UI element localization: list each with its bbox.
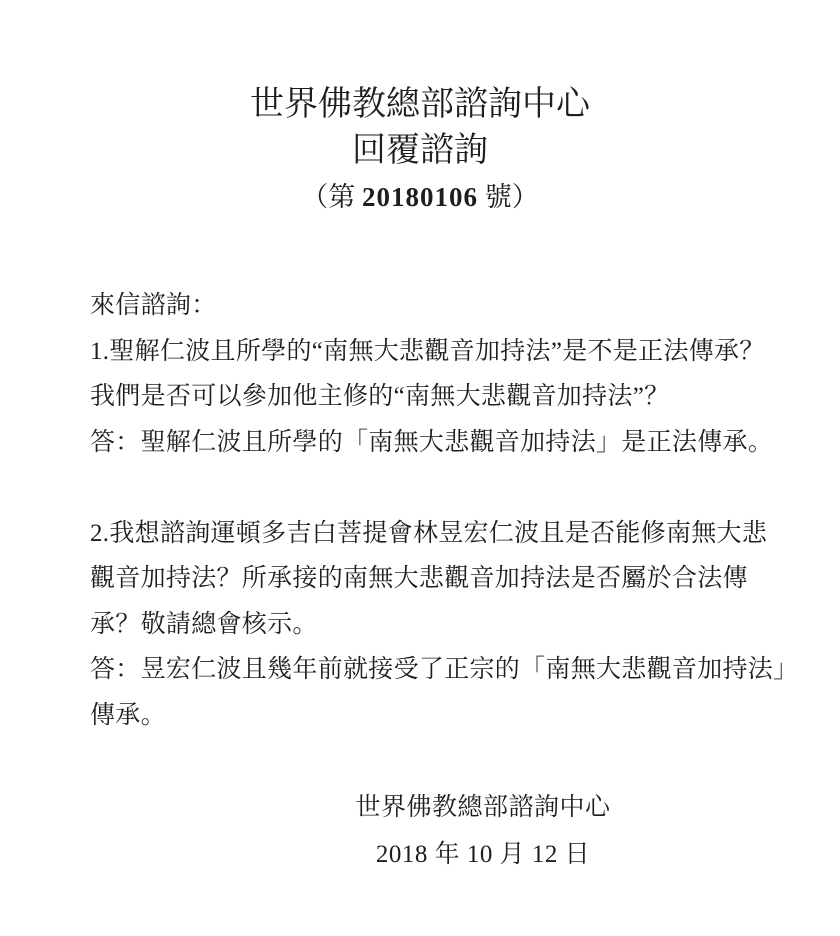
body-line-blank: [90, 465, 780, 511]
document-title: 世界佛教總部諮詢中心: [0, 82, 840, 128]
body-line-answer1: 答：聖解仁波且所學的「南無大悲觀音加持法」是正法傳承。: [90, 420, 780, 466]
body-line-question1: 1.聖解仁波且所學的“南無大悲觀音加持法”是不是正法傳承？: [90, 329, 780, 375]
body-line-question2: 2.我想諮詢運頓多吉白菩提會林昱宏仁波且是否能修南無大悲: [90, 511, 780, 557]
document-number-value: 20180106: [362, 182, 478, 212]
body-line-question2-cont1: 觀音加持法？所承接的南無大悲觀音加持法是否屬於合法傳: [90, 556, 780, 602]
body-line-question2-cont2: 承？敬請總會核示。: [90, 602, 780, 648]
document-signature: 世界佛教總部諮詢中心 2018 年 10 月 12 日: [126, 784, 840, 878]
document-number-open: （第: [301, 182, 362, 212]
document-header: 世界佛教總部諮詢中心 回覆諮詢 （第 20180106 號）: [0, 82, 840, 221]
body-line-answer2: 答：昱宏仁波且幾年前就接受了正宗的「南無大悲觀音加持法」: [90, 647, 780, 693]
document-page: 世界佛教總部諮詢中心 回覆諮詢 （第 20180106 號） 來信諮詢： 1.聖…: [0, 0, 840, 936]
document-subtitle: 回覆諮詢: [0, 128, 840, 174]
document-number: （第 20180106 號）: [0, 174, 840, 221]
signature-organization: 世界佛教總部諮詢中心: [126, 784, 840, 831]
body-line-salutation: 來信諮詢：: [90, 283, 780, 329]
document-number-close: 號）: [478, 182, 539, 212]
document-body: 來信諮詢： 1.聖解仁波且所學的“南無大悲觀音加持法”是不是正法傳承？ 我們是否…: [90, 283, 780, 738]
body-line-answer2-cont: 傳承。: [90, 693, 780, 739]
body-line-question1-cont: 我們是否可以參加他主修的“南無大悲觀音加持法”？: [90, 374, 780, 420]
signature-date: 2018 年 10 月 12 日: [126, 831, 840, 878]
